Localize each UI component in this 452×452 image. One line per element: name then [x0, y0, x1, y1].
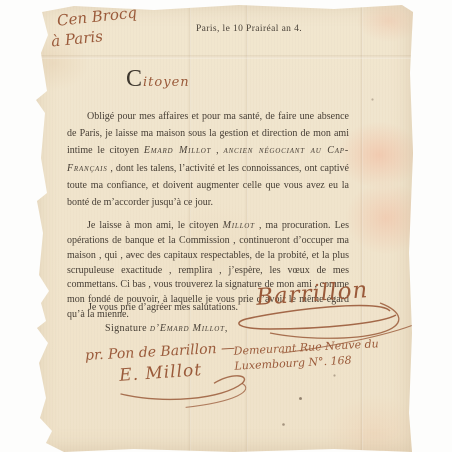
signature-caption: Signature d’Emard Millot,: [105, 323, 228, 334]
fold-crease-vertical: [360, 3, 363, 452]
scan-background: Cen Brocq à Paris Paris, le 10 Prairéal …: [0, 0, 452, 452]
salutation-initial: C: [126, 66, 142, 92]
recipient-annotation: Cen Brocq à Paris: [48, 3, 140, 52]
dateline: Paris, le 10 Prairéal an 4.: [196, 24, 302, 34]
salutation: Citoyen: [126, 66, 190, 93]
fold-crease-horizontal: [34, 55, 413, 59]
paragraph-1: Obligé pour mes affaires et pour ma sant…: [67, 108, 349, 211]
address-note: Demeurant Rue Neuve du Luxembourg N°. 16…: [233, 336, 379, 374]
salutation-script: itoyen: [143, 75, 190, 90]
closing-line: Je vous prie d’agréer mes salutations.: [88, 302, 238, 313]
letter-paper: Cen Brocq à Paris Paris, le 10 Prairéal …: [34, 3, 413, 452]
paper-speckles: [34, 3, 35, 4]
